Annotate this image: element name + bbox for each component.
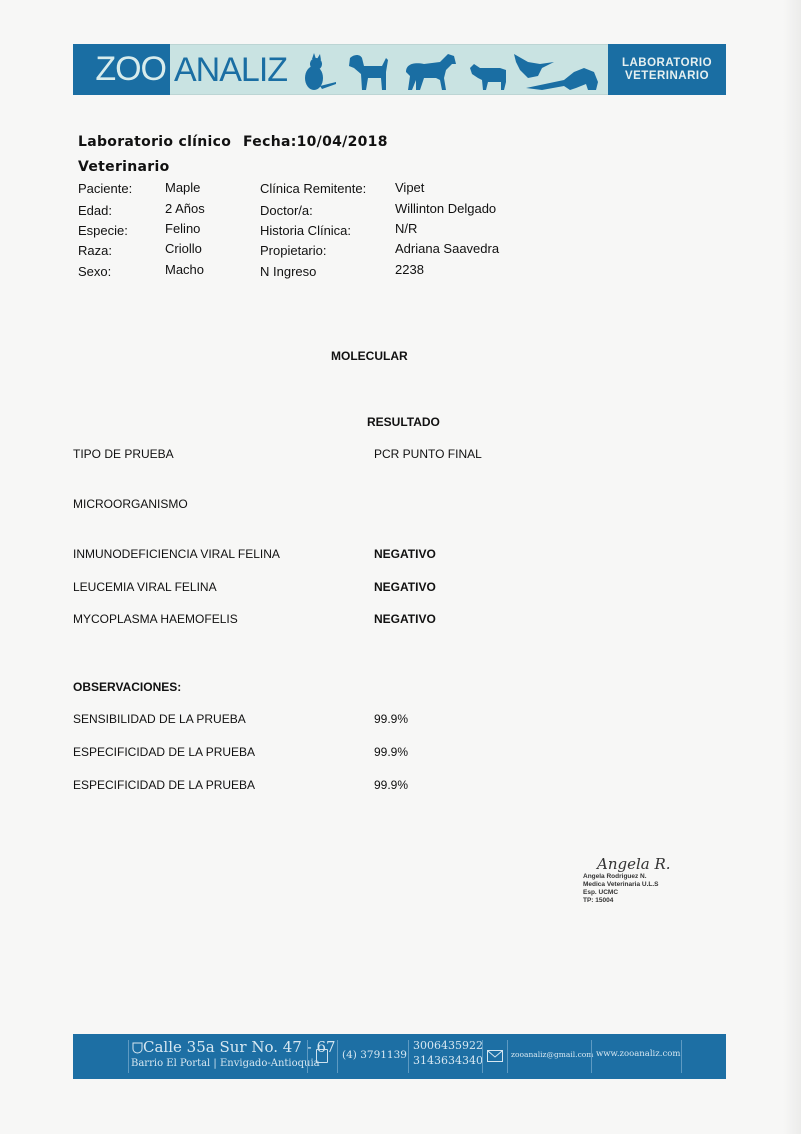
header-banner: ZOO ANALIZ — [73, 44, 726, 95]
cow-icon — [470, 64, 506, 90]
footer-divider — [591, 1040, 592, 1073]
footer-divider — [507, 1040, 508, 1073]
location-icon — [132, 1042, 143, 1054]
patient-value: Macho — [165, 262, 204, 277]
result-value: NEGATIVO — [374, 612, 436, 626]
result-name: LEUCEMIA VIRAL FELINA — [73, 580, 217, 594]
report-date: Fecha:10/04/2018 — [243, 134, 388, 150]
patient-label: Edad: — [78, 203, 112, 218]
footer-mobile1: 3006435922 — [413, 1039, 483, 1052]
signature-name: Angela Rodriguez N. — [583, 873, 693, 881]
phone-icon — [316, 1049, 328, 1063]
dog-icon — [349, 55, 388, 90]
patient-value: Criollo — [165, 241, 202, 256]
clinic-label: Historia Clínica: — [260, 223, 351, 238]
footer-email[interactable]: zooanaliz@gmail.com — [511, 1050, 593, 1059]
patient-label: Sexo: — [78, 264, 111, 279]
clinic-label: N Ingreso — [260, 264, 316, 279]
result-value: NEGATIVO — [374, 580, 436, 594]
patient-value: Felino — [165, 221, 200, 236]
footer-phone: (4) 3791139 — [342, 1049, 407, 1061]
observation-value: 99.9% — [374, 778, 408, 792]
patient-value: 2 Años — [165, 201, 205, 216]
tagline-line1: LABORATORIO — [622, 57, 712, 70]
patient-value: Maple — [165, 180, 200, 195]
result-name: MYCOPLASMA HAEMOFELIS — [73, 612, 238, 626]
horse-icon — [406, 54, 456, 90]
observation-label: ESPECIFICIDAD DE LA PRUEBA — [73, 745, 255, 759]
result-value: NEGATIVO — [374, 547, 436, 561]
brand-tagline: LABORATORIO VETERINARIO — [608, 44, 726, 95]
test-type-label: TIPO DE PRUEBA — [73, 447, 174, 461]
footer-contact-bar: Calle 35a Sur No. 47 - 67 Barrio El Port… — [73, 1034, 726, 1079]
signature-block: Angela R. Angela Rodriguez N. Medica Vet… — [583, 855, 693, 905]
clinic-label: Clínica Remitente: — [260, 181, 366, 196]
brand-analiz: ANALIZ — [174, 45, 287, 96]
patient-label: Paciente: — [78, 181, 132, 196]
clinic-value: N/R — [395, 221, 417, 236]
cat-icon — [305, 53, 336, 90]
signature-tp: TP: 15004 — [583, 897, 693, 905]
observation-label: SENSIBILIDAD DE LA PRUEBA — [73, 712, 246, 726]
bird-icon — [514, 54, 554, 78]
footer-address-line2: Barrio El Portal | Envigado-Antioquia — [131, 1058, 320, 1069]
footer-divider — [681, 1040, 682, 1073]
observation-value: 99.9% — [374, 745, 408, 759]
clinic-value: 2238 — [395, 262, 424, 277]
banner-animals-strip: ANALIZ — [170, 44, 608, 95]
result-header: RESULTADO — [367, 415, 440, 429]
footer-website[interactable]: www.zooanaliz.com — [596, 1049, 680, 1059]
signature-specialty: Esp. UCMC — [583, 889, 693, 897]
footer-divider — [482, 1040, 483, 1073]
tagline-line2: VETERINARIO — [625, 70, 709, 83]
patient-label: Raza: — [78, 243, 112, 258]
clinic-label: Doctor/a: — [260, 203, 313, 218]
microorganism-label: MICROORGANISMO — [73, 497, 188, 511]
signature-scribble: Angela R. — [583, 855, 693, 873]
animals-silhouettes — [302, 50, 606, 92]
observation-value: 99.9% — [374, 712, 408, 726]
footer-divider — [408, 1040, 409, 1073]
footer-divider — [337, 1040, 338, 1073]
observations-title: OBSERVACIONES: — [73, 680, 181, 694]
clinic-value: Willinton Delgado — [395, 201, 496, 216]
footer-divider — [307, 1040, 308, 1073]
signature-title: Medica Veterinaria U.L.S — [583, 881, 693, 889]
test-type-value: PCR PUNTO FINAL — [374, 447, 482, 461]
report-title-line2: Veterinario — [78, 159, 170, 175]
report-title-line1: Laboratorio clínico — [78, 134, 231, 150]
mail-icon — [487, 1050, 503, 1062]
clinic-value: Adriana Saavedra — [395, 241, 499, 256]
observation-label: ESPECIFICIDAD DE LA PRUEBA — [73, 778, 255, 792]
page-edge — [783, 0, 801, 1134]
clinic-label: Propietario: — [260, 243, 326, 258]
section-title: MOLECULAR — [331, 349, 408, 363]
footer-mobile2: 3143634340 — [413, 1054, 483, 1067]
patient-label: Especie: — [78, 223, 128, 238]
footer-divider — [128, 1040, 129, 1073]
result-name: INMUNODEFICIENCIA VIRAL FELINA — [73, 547, 280, 561]
clinic-value: Vipet — [395, 180, 424, 195]
brand-zoo: ZOO — [73, 44, 170, 95]
